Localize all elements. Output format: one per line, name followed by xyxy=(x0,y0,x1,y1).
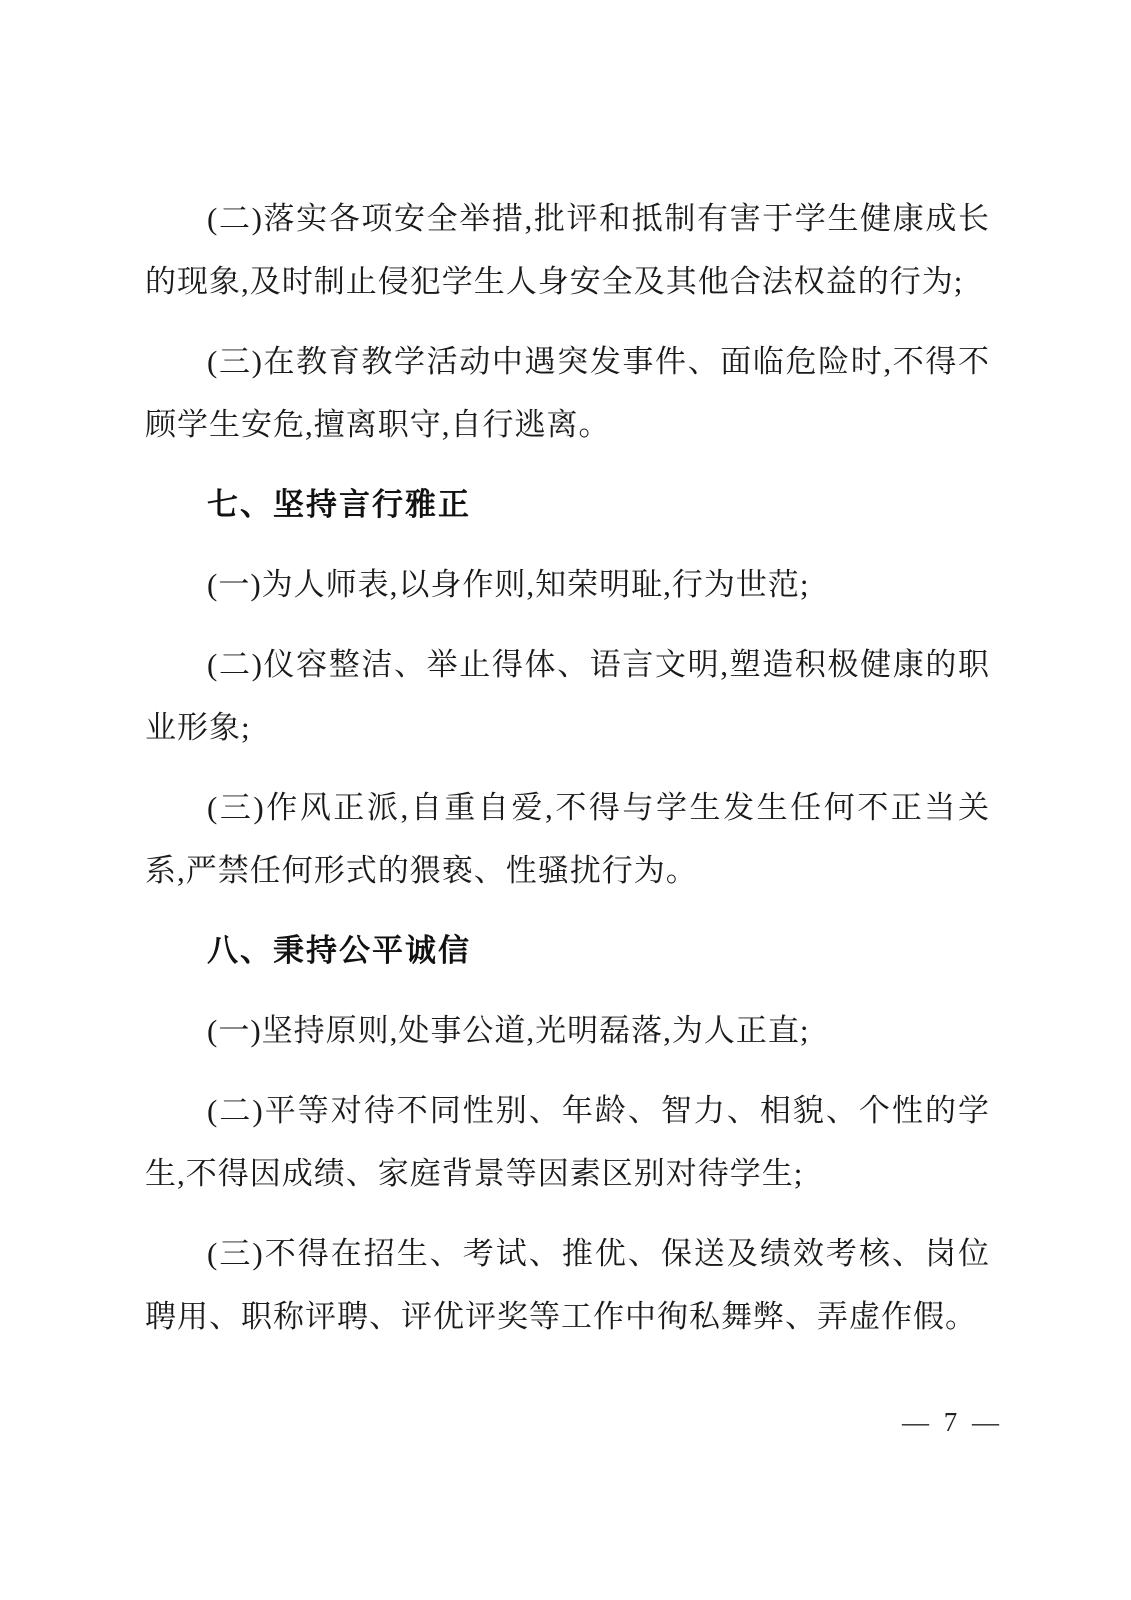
paragraph-section7-item-1: (一)为人师表,以身作则,知荣明耻,行为世范; xyxy=(145,553,990,616)
content-area: (二)落实各项安全举措,批评和抵制有害于学生健康成长的现象,及时制止侵犯学生人身… xyxy=(145,187,990,1365)
paragraph-section7-item-2: (二)仪容整洁、举止得体、语言文明,塑造积极健康的职业形象; xyxy=(145,633,990,759)
paragraph-safety-item-3: (三)在教育教学活动中遇突发事件、面临危险时,不得不顾学生安危,擅离职守,自行逃… xyxy=(145,330,990,456)
paragraph-section8-item-2: (二)平等对待不同性别、年龄、智力、相貌、个性的学生,不得因成绩、家庭背景等因素… xyxy=(145,1079,990,1205)
paragraph-safety-item-2: (二)落实各项安全举措,批评和抵制有害于学生健康成长的现象,及时制止侵犯学生人身… xyxy=(145,187,990,313)
paragraph-section8-item-3: (三)不得在招生、考试、推优、保送及绩效考核、岗位聘用、职称评聘、评优评奖等工作… xyxy=(145,1222,990,1348)
document-page: (二)落实各项安全举措,批评和抵制有害于学生健康成长的现象,及时制止侵犯学生人身… xyxy=(0,0,1131,1600)
section-heading-7: 七、坚持言行雅正 xyxy=(145,473,990,536)
page-number: — 7 — xyxy=(902,1402,1003,1442)
paragraph-section8-item-1: (一)坚持原则,处事公道,光明磊落,为人正直; xyxy=(145,999,990,1062)
paragraph-section7-item-3: (三)作风正派,自重自爱,不得与学生发生任何不正当关系,严禁任何形式的猥亵、性骚… xyxy=(145,776,990,902)
section-heading-8: 八、秉持公平诚信 xyxy=(145,919,990,982)
